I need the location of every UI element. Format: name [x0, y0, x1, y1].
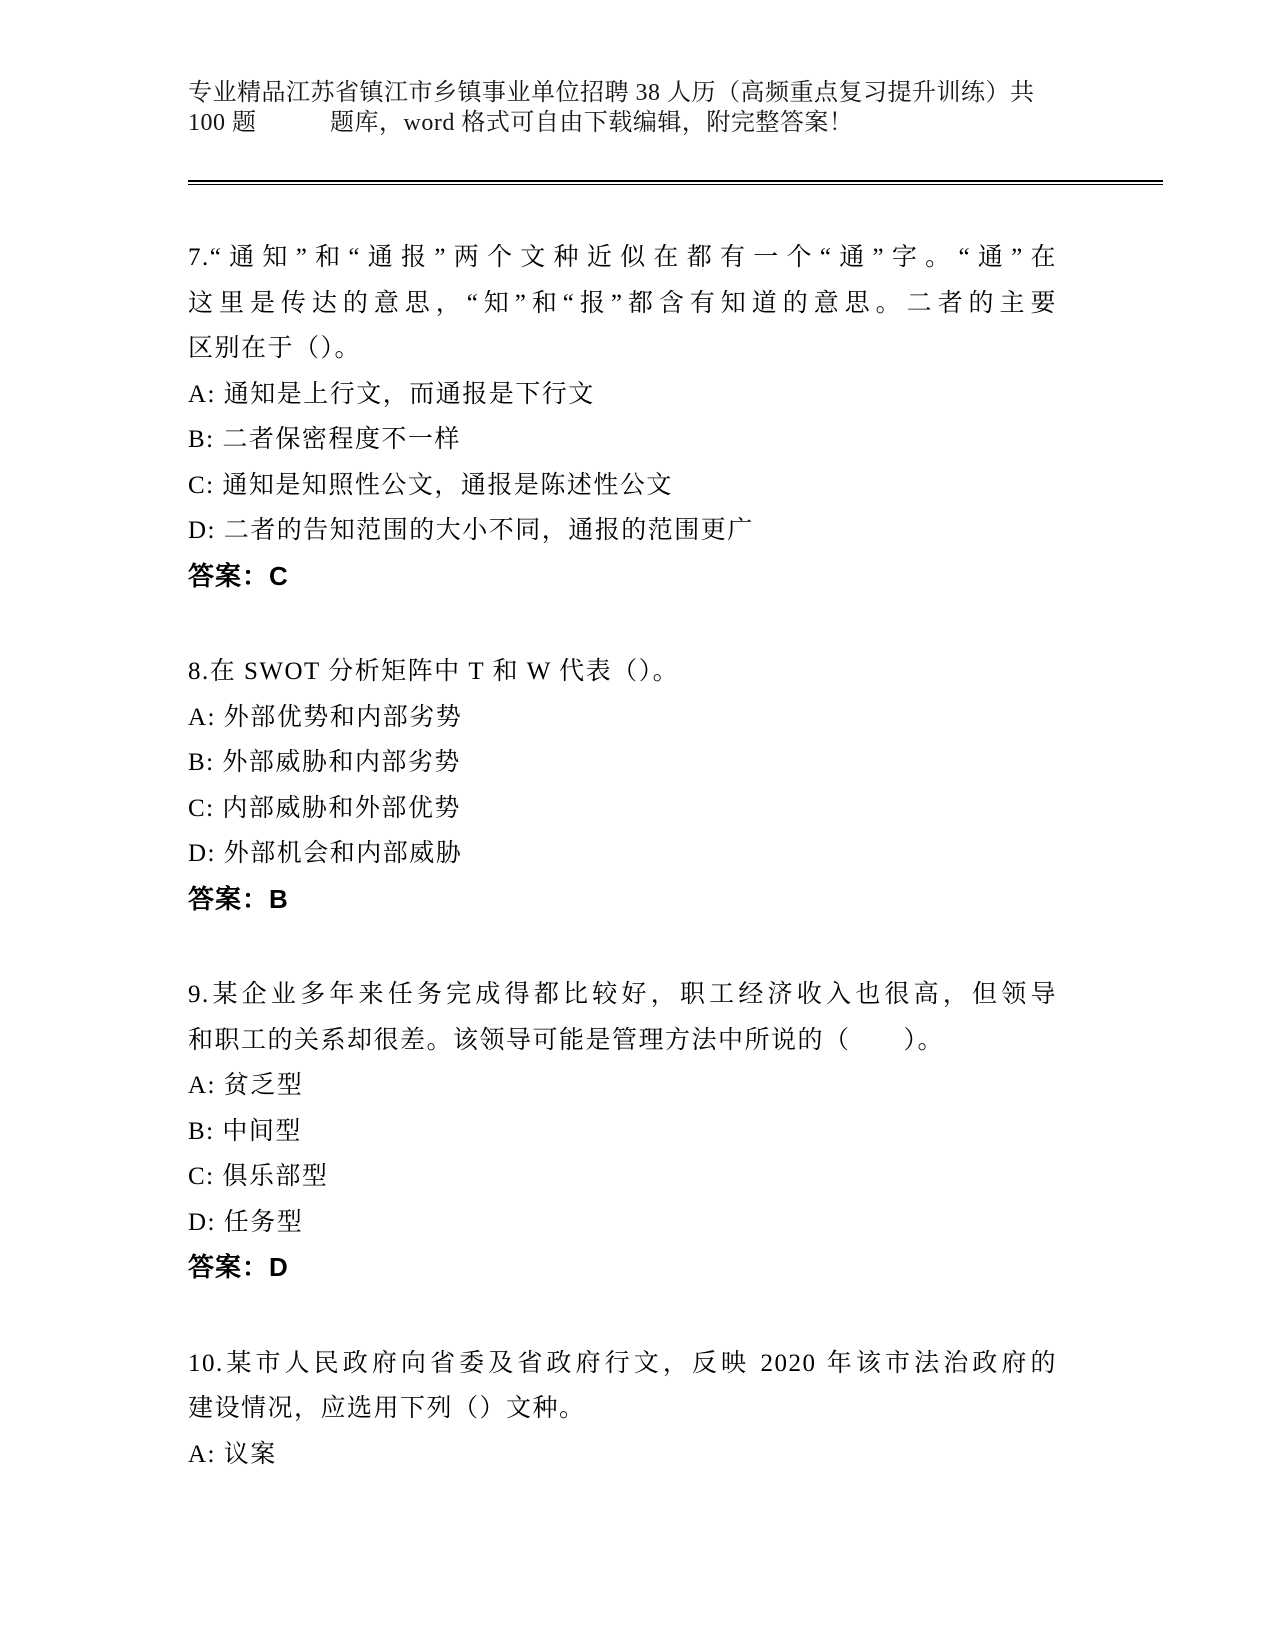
- question-7-option-C: C: 通知是知照性公文，通报是陈述性公文: [188, 463, 1057, 509]
- answer-letter: D: [269, 1252, 289, 1282]
- question-9: 9.某企业多年来任务完成得都比较好，职工经济收入也很高，但领导和职工的关系却很差…: [188, 972, 1057, 1291]
- answer-letter: B: [269, 884, 289, 914]
- question-8: 8.在 SWOT 分析矩阵中 T 和 W 代表（）。A: 外部优势和内部劣势B:…: [188, 649, 1057, 922]
- question-7-option-B: B: 二者保密程度不一样: [188, 417, 1057, 463]
- header-title-line-1: 专业精品江苏省镇江市乡镇事业单位招聘 38 人历（高频重点复习提升训练）共: [188, 78, 1163, 108]
- question-7-answer: 答案：C: [188, 554, 1057, 600]
- question-9-option-A: A: 贫乏型: [188, 1063, 1057, 1109]
- question-8-option-D: D: 外部机会和内部威胁: [188, 831, 1057, 877]
- question-10-stem-line-1: 10.某市人民政府向省委及省政府行文，反映 2020 年该市法治政府的: [188, 1341, 1057, 1387]
- header-title-line-2: 100 题 题库，word 格式可自由下载编辑，附完整答案！: [188, 108, 1163, 138]
- question-10-stem-line-2: 建设情况，应选用下列（）文种。: [188, 1386, 1057, 1432]
- question-7-stem-line-3: 区别在于（）。: [188, 326, 1057, 372]
- question-7-stem-line-1: 7.“通知”和“通报”两个文种近似在都有一个“通”字。“通”在: [188, 235, 1057, 281]
- question-9-answer: 答案：D: [188, 1245, 1057, 1291]
- question-8-stem-line-1: 8.在 SWOT 分析矩阵中 T 和 W 代表（）。: [188, 649, 1057, 695]
- question-10-option-A: A: 议案: [188, 1432, 1057, 1478]
- question-9-option-D: D: 任务型: [188, 1200, 1057, 1246]
- answer-label: 答案：: [188, 1252, 269, 1282]
- answer-label: 答案：: [188, 884, 269, 914]
- questions: 7.“通知”和“通报”两个文种近似在都有一个“通”字。“通”在这里是传达的意思，…: [188, 235, 1057, 1477]
- page-header: 专业精品江苏省镇江市乡镇事业单位招聘 38 人历（高频重点复习提升训练）共 10…: [188, 0, 1163, 138]
- question-9-stem-line-2: 和职工的关系却很差。该领导可能是管理方法中所说的（ ）。: [188, 1018, 1057, 1064]
- question-7-stem-line-2: 这里是传达的意思，“知”和“报”都含有知道的意思。二者的主要: [188, 281, 1057, 327]
- answer-letter: C: [269, 561, 289, 591]
- question-9-stem-line-1: 9.某企业多年来任务完成得都比较好，职工经济收入也很高，但领导: [188, 972, 1057, 1018]
- question-7: 7.“通知”和“通报”两个文种近似在都有一个“通”字。“通”在这里是传达的意思，…: [188, 235, 1057, 599]
- question-9-option-B: B: 中间型: [188, 1109, 1057, 1155]
- question-8-option-B: B: 外部威胁和内部劣势: [188, 740, 1057, 786]
- document-page: 专业精品江苏省镇江市乡镇事业单位招聘 38 人历（高频重点复习提升训练）共 10…: [0, 0, 1275, 1650]
- answer-label: 答案：: [188, 561, 269, 591]
- question-9-option-C: C: 俱乐部型: [188, 1154, 1057, 1200]
- question-8-answer: 答案：B: [188, 877, 1057, 923]
- question-10: 10.某市人民政府向省委及省政府行文，反映 2020 年该市法治政府的建设情况，…: [188, 1341, 1057, 1478]
- question-8-option-C: C: 内部威胁和外部优势: [188, 786, 1057, 832]
- question-8-option-A: A: 外部优势和内部劣势: [188, 695, 1057, 741]
- question-7-option-D: D: 二者的告知范围的大小不同，通报的范围更广: [188, 508, 1057, 554]
- question-7-option-A: A: 通知是上行文，而通报是下行文: [188, 372, 1057, 418]
- header-double-rule: [188, 180, 1163, 185]
